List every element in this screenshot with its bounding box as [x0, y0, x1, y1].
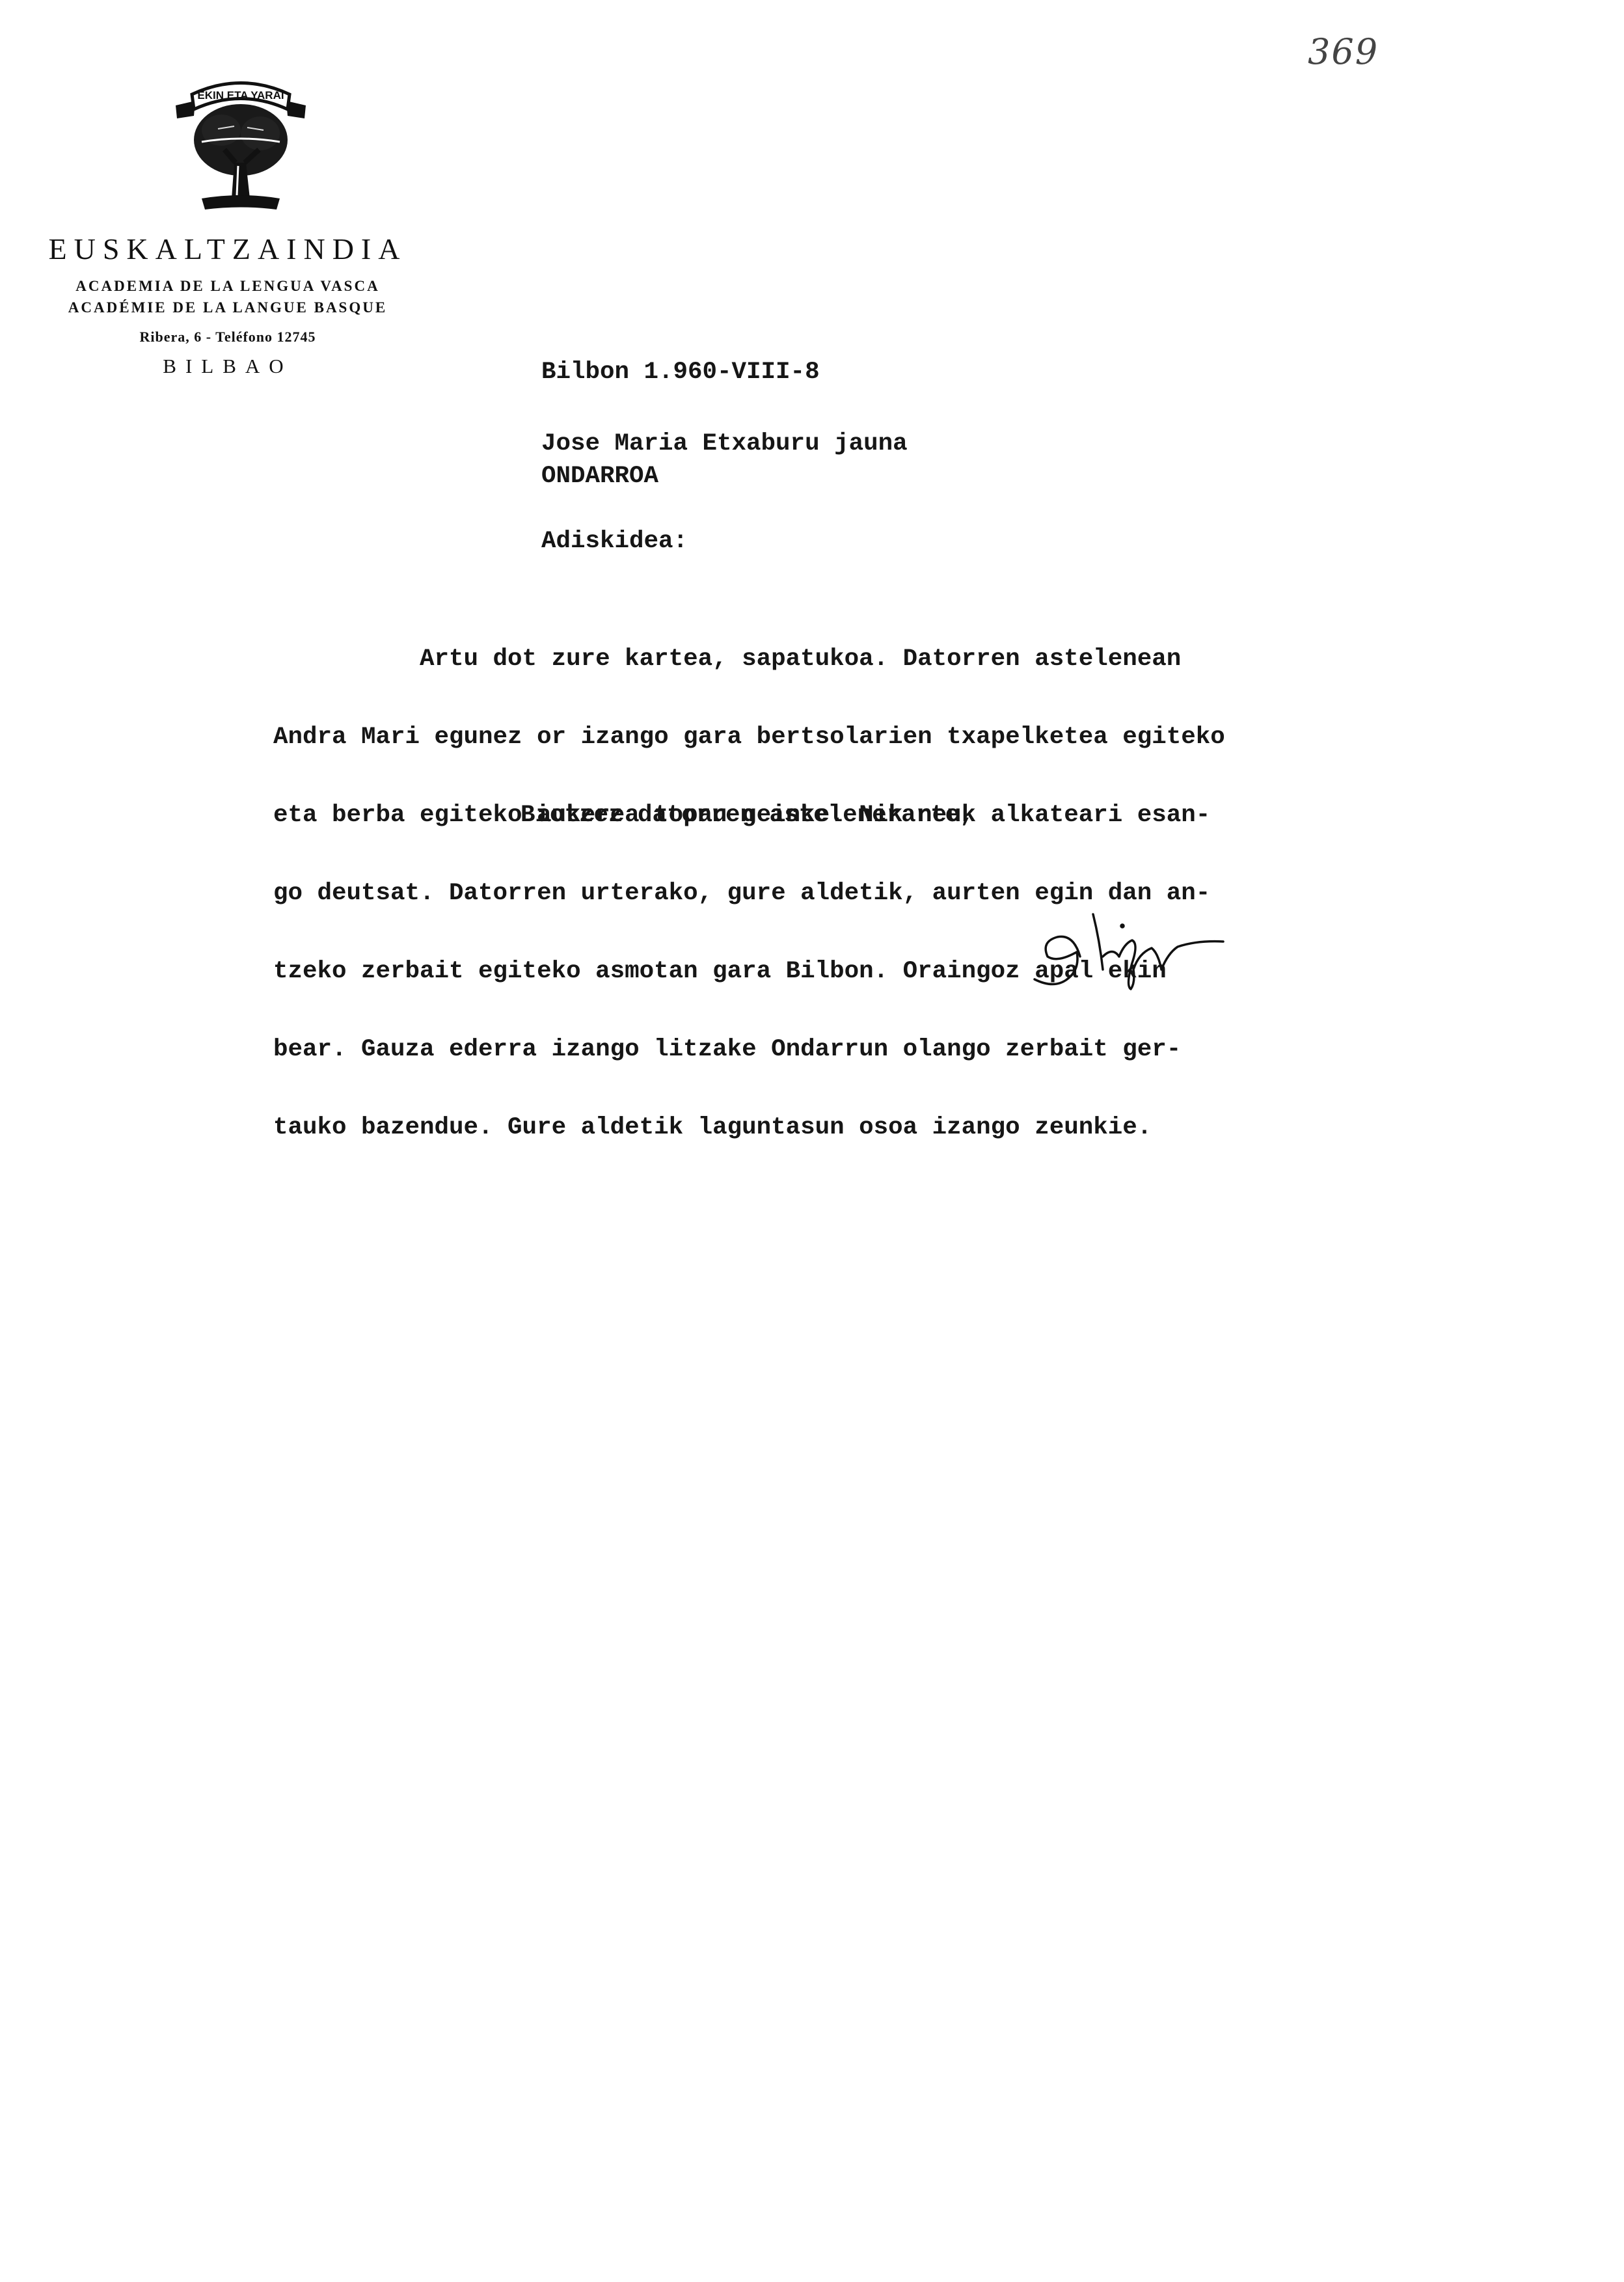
letter-body: Artu dot zure kartea, sapatukoa. Datorre… — [273, 594, 1225, 1167]
recipient-name: Jose Maria Etxaburu jauna — [541, 431, 908, 457]
letterhead: EUSKALTZAINDIA ACADEMIA DE LA LENGUA VAS… — [39, 233, 416, 378]
body-line: Andra Mari egunez or izango gara bertsol… — [273, 724, 1225, 750]
recipient-place: ONDARROA — [541, 463, 658, 489]
letterhead-address: Ribera, 6 - Teléfono 12745 — [39, 329, 416, 346]
date-line: Bilbon 1.960-VIII-8 — [541, 359, 820, 385]
oak-tree-emblem-icon: EKIN ETA YARAI — [163, 65, 319, 215]
motto-text: EKIN ETA YARAI — [197, 89, 284, 102]
archive-page-number: 369 — [1308, 31, 1379, 72]
subtitle-spanish: ACADEMIA DE LA LENGUA VASCA — [39, 275, 416, 297]
body-line: Artu dot zure kartea, sapatukoa. Datorre… — [273, 646, 1225, 672]
subtitle-french: ACADÉMIE DE LA LANGUE BASQUE — [39, 297, 416, 318]
organization-name: EUSKALTZAINDIA — [39, 233, 416, 266]
handwritten-signature-icon — [1022, 908, 1256, 999]
body-line: go deutsat. Datorren urterako, gure alde… — [273, 880, 1225, 906]
closing-line: Biotzez datorren astelenerarte, — [521, 802, 975, 828]
salutation: Adiskidea: — [541, 528, 688, 554]
body-line: tauko bazendue. Gure aldetik laguntasun … — [273, 1115, 1225, 1141]
letterhead-city: BILBAO — [39, 355, 416, 378]
body-line: bear. Gauza ederra izango litzake Ondarr… — [273, 1037, 1225, 1063]
